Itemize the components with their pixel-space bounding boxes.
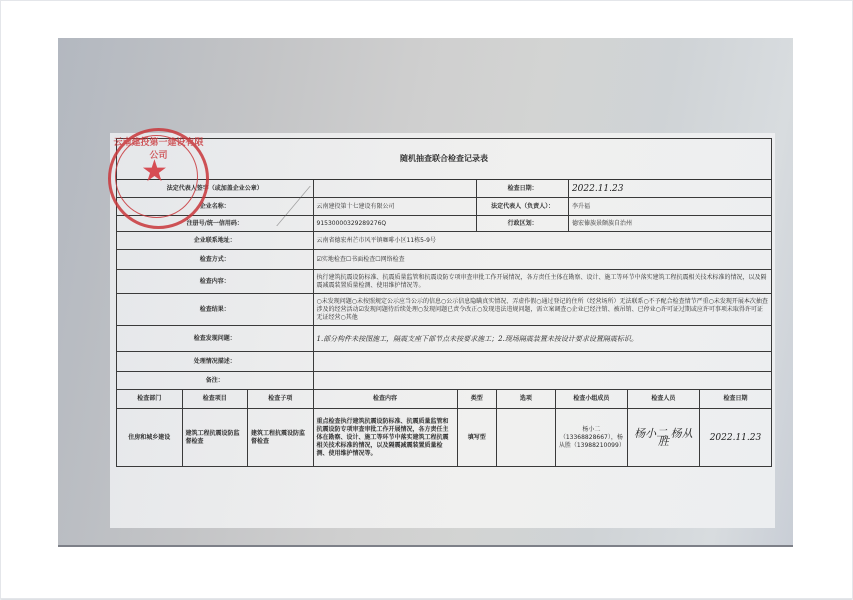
method-value: ☑实地检查☐书面检查☐网络检查 <box>313 250 772 270</box>
cell-subitem: 建筑工程抗震设防监督检查 <box>248 409 314 467</box>
content-value: 执行建筑抗震设防标准、抗震质量监管和抗震设防专项审查审批工作开展情况，各方责任主… <box>313 270 772 294</box>
remarks-label: 备注： <box>117 372 314 390</box>
col-header: 检查小组成员 <box>555 390 627 409</box>
document-photo: 随机抽查联合检查记录表 法定代表人签字（或加盖企业公章） 检查日期： 2022.… <box>58 38 793 547</box>
cell-team-members: 杨小二（13368828667），杨从胜（13988210099） <box>555 409 627 467</box>
col-header: 检查人员 <box>627 390 699 409</box>
cell-content: 重点检查执行建筑抗震设防标准、抗震质量监管和抗震设防专项审查审批工作开展情况，各… <box>313 409 457 467</box>
legal-rep-sign-field <box>313 180 477 198</box>
address-label: 企业联系地址： <box>117 232 314 250</box>
cell-inspectors-signature: 杨小二 杨从胜 <box>627 409 699 467</box>
col-header: 检查部门 <box>117 390 183 409</box>
inspection-date-value: 2022.11.23 <box>568 180 771 198</box>
admin-region-value: 德宏傣族景颇族自治州 <box>568 216 771 232</box>
detail-table: 检查部门 检查项目 检查子项 检查内容 类型 选项 检查小组成员 检查人员 检查… <box>116 389 772 467</box>
detail-table-header: 检查部门 检查项目 检查子项 检查内容 类型 选项 检查小组成员 检查人员 检查… <box>117 390 772 409</box>
inspection-date-label: 检查日期： <box>477 180 569 198</box>
cell-item: 建筑工程抗震设防监督检查 <box>182 409 248 467</box>
col-header: 检查子项 <box>248 390 314 409</box>
handling-label: 处理情况描述： <box>117 352 314 372</box>
image-viewer-frame: 随机抽查联合检查记录表 法定代表人签字（或加盖企业公章） 检查日期： 2022.… <box>0 0 853 599</box>
remarks-value <box>313 372 772 390</box>
cell-date: 2022.11.23 <box>699 409 771 467</box>
col-header: 检查项目 <box>182 390 248 409</box>
legal-rep-value: 李升福 <box>568 198 771 216</box>
admin-region-label: 行政区划： <box>477 216 569 232</box>
reg-code-value: 91530000329289276Q <box>313 216 477 232</box>
content-label: 检查内容： <box>117 270 314 294</box>
company-name-value: 云南建投第十七建设有限公司 <box>313 198 477 216</box>
col-header: 类型 <box>457 390 496 409</box>
result-value: ○未发现问题○未按照规定公示应当公示的信息○公示信息隐瞒真实情况、弄虚作假○通过… <box>313 294 772 326</box>
col-header: 选项 <box>496 390 555 409</box>
table-row: 住房和城乡建设 建筑工程抗震设防监督检查 建筑工程抗震设防监督检查 重点检查执行… <box>117 409 772 467</box>
issues-label: 检查发现问题： <box>117 326 314 352</box>
cell-option <box>496 409 555 467</box>
address-value: 云南省德宏州芒市风平镇咖啡小区11栋5-9号 <box>313 232 772 250</box>
col-header: 检查日期 <box>699 390 771 409</box>
handling-value <box>313 352 772 372</box>
cell-department: 住房和城乡建设 <box>117 409 183 467</box>
col-header: 检查内容 <box>313 390 457 409</box>
legal-rep-label: 法定代表人（负责人）： <box>477 198 569 216</box>
cell-type: 填写型 <box>457 409 496 467</box>
result-label: 检查结果： <box>117 294 314 326</box>
inspection-record-form: 随机抽查联合检查记录表 法定代表人签字（或加盖企业公章） 检查日期： 2022.… <box>116 138 772 467</box>
form-title: 随机抽查联合检查记录表 <box>117 139 772 180</box>
method-label: 检查方式： <box>117 250 314 270</box>
form-header-table: 随机抽查联合检查记录表 法定代表人签字（或加盖企业公章） 检查日期： 2022.… <box>116 138 772 390</box>
issues-value: 1.部分构件未按图施工，隔震支座下部节点未按要求施工；2.现场隔震装置未按设计要… <box>313 326 772 352</box>
